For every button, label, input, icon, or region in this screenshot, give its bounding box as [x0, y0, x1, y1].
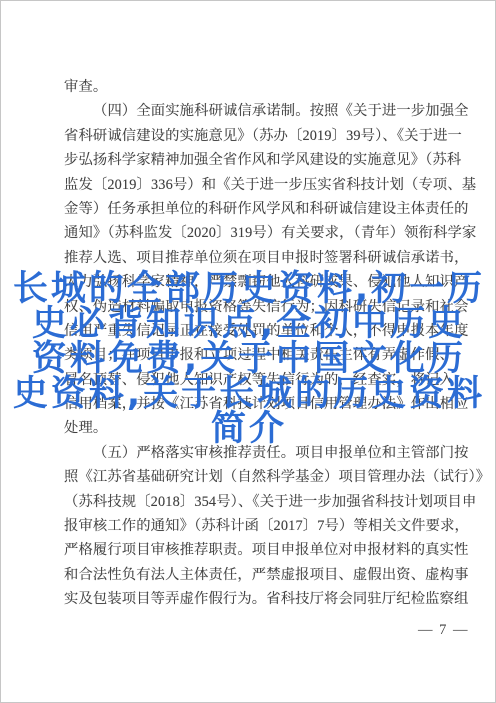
page-number: — 7 — — [418, 622, 469, 639]
doc-line: 推荐人选、项目推荐单位须在项目申报时签署科研诚信承诺书， — [64, 246, 453, 270]
doc-line: 通知》（苏科监发〔2020〕319号）有关要求，（青年）领衔科学家 — [64, 221, 453, 245]
doc-line: 省科研诚信建设的实施意见》（苏办〔2019〕39号）、《关于进一 — [64, 124, 453, 148]
seo-title-overlay: 长城的全部历史资料,初一历 史必背知识点,全初中历史 资料免费,关于中国文化历 … — [1, 272, 496, 447]
doc-line: （四）全面实施科研诚信承诺制。按照《关于进一步加强全 — [64, 99, 453, 123]
doc-line: 审查。 — [64, 75, 453, 99]
seo-title-overlay-line: 史资料,关于长城的历史资料 — [1, 377, 496, 412]
seo-title-overlay-line: 史必背知识点,全初中历史 — [1, 307, 496, 342]
doc-line: 金等）任务承担单位的科研作风学风和科研诚信建设主体责任的 — [64, 197, 453, 221]
doc-line: 报审核工作的通知》（苏科计函〔2017〕7号）等相关文件要求， — [64, 514, 453, 538]
doc-line: 监发〔2019〕336号）和《关于进一步压实省科技计划（专项、基 — [64, 173, 453, 197]
doc-line: （苏科技规〔2018〕354号）、《关于进一步加强省科技计划项目申 — [64, 490, 453, 514]
seo-title-overlay-line: 资料免费,关于中国文化历 — [1, 342, 496, 377]
scanned-document-page: 审查。 （四）全面实施科研诚信承诺制。按照《关于进一步加强全 省科研诚信建设的实… — [0, 0, 496, 703]
seo-title-overlay-line: 简介 — [1, 412, 496, 447]
doc-line: 步弘扬科学家精神加强全省作风和学风建设的实施意见》（苏科 — [64, 148, 453, 172]
seo-title-overlay-line: 长城的全部历史资料,初一历 — [1, 272, 496, 307]
doc-line: 实及包装项目等弄虚作假行为。省科技厅将会同驻厅纪检监察组 — [64, 587, 453, 611]
doc-line: 严格履行项目审核推荐职责。项目申报单位对申报材料的真实性 — [64, 538, 453, 562]
doc-line: 和合法性负有法人主体责任，严禁虚报项目、虚假出资、虚构事 — [64, 563, 453, 587]
doc-line: 照《江苏省基础研究计划（自然科学基金）项目管理办法（试行）》 — [64, 465, 453, 489]
